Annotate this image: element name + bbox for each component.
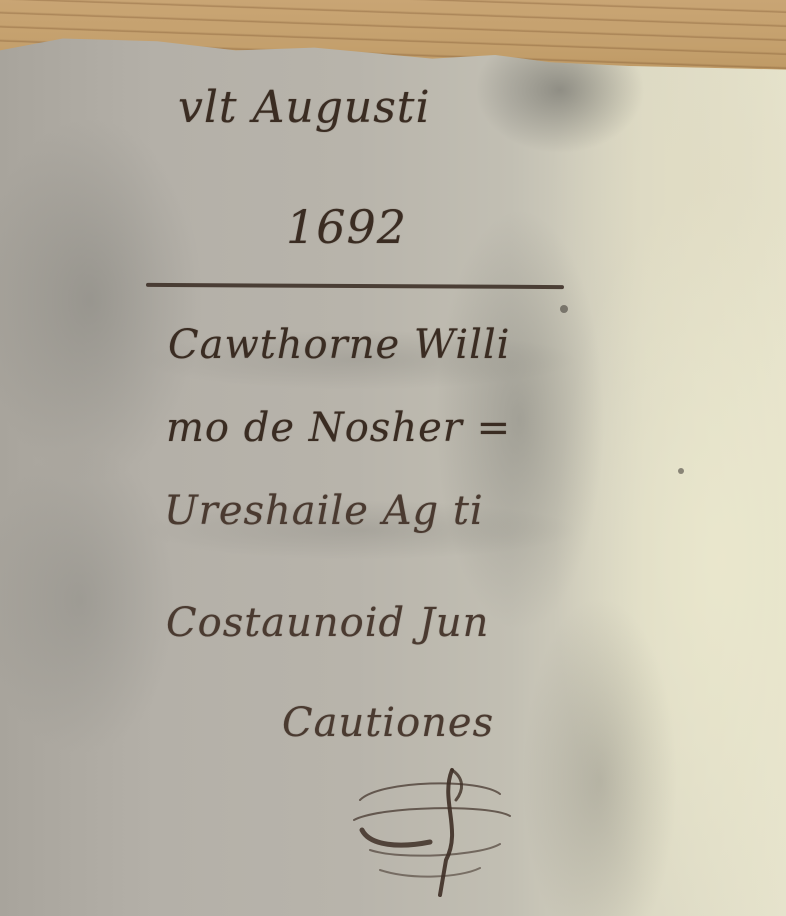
date-line-year: 1692 [286,200,407,254]
body-line-4: Costaunoid Jun [166,600,489,646]
date-line-day-month: vlt Augusti [178,82,431,133]
body-line-3: Ureshaile Ag ti [164,488,484,534]
body-line-5: Cautiones [282,700,494,746]
ink-speck [678,468,684,474]
flourish-paraph-icon [340,760,540,900]
body-line-2: mo de Nosher = [166,405,511,451]
parchment-sheet: vlt Augusti 1692 Cawthorne Willi mo de N… [0,0,786,916]
horizontal-rule [146,283,564,289]
manuscript-photo: vlt Augusti 1692 Cawthorne Willi mo de N… [0,0,786,916]
ink-speck [560,305,568,313]
body-line-1: Cawthorne Willi [168,322,510,368]
